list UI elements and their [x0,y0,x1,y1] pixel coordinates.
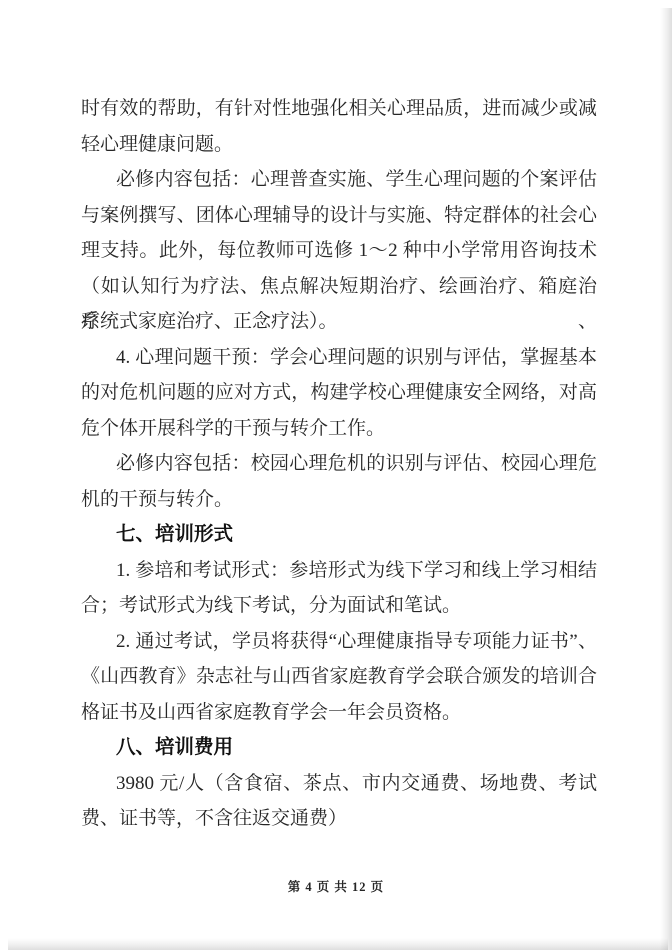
page-edge-shadow-right [660,8,672,950]
text-line: 的对危机问题的应对方式，构建学校心理健康安全网络，对高 [81,375,597,411]
page-edge-shadow-bottom [8,938,668,950]
text-line: 费、证书等，不含往返交通费） [81,801,597,837]
text-line: 3980 元/人（含食宿、茶点、市内交通费、场地费、考试 [81,766,597,802]
text-line: 时有效的帮助，有针对性地强化相关心理品质，进而减少或减 [81,91,597,127]
text-line: 必修内容包括：校园心理危机的识别与评估、校园心理危 [81,446,597,482]
text-line: 机的干预与转介。 [81,482,597,518]
text-line: 必修内容包括：心理普查实施、学生心理问题的个案评估 [81,162,597,198]
page-footer: 第 4 页 共 12 页 [0,877,672,895]
text-line: 轻心理健康问题。 [81,127,597,163]
text-line: 合；考试形式为线下考试，分为面试和笔试。 [81,588,597,624]
text-line: 4. 心理问题干预：学会心理问题的识别与评估，掌握基本 [81,340,597,376]
document-page: 时有效的帮助，有针对性地强化相关心理品质，进而减少或减 轻心理健康问题。 必修内… [0,0,672,950]
text-line: 与案例撰写、团体心理辅导的设计与实施、特定群体的社会心 [81,198,597,234]
text-line: 《山西教育》杂志社与山西省家庭教育学会联合颁发的培训合 [81,659,597,695]
text-line: 格证书及山西省家庭教育学会一年会员资格。 [81,695,597,731]
document-body: 时有效的帮助，有针对性地强化相关心理品质，进而减少或减 轻心理健康问题。 必修内… [81,91,597,837]
text-line: 2. 通过考试，学员将获得“心理健康指导专项能力证书”、 [81,624,597,660]
page-number-label: 第 4 页 共 12 页 [288,880,384,894]
section-heading: 八、培训费用 [81,730,597,766]
section-heading: 七、培训形式 [81,517,597,553]
text-line: 理支持。此外，每位教师可选修 1～2 种中小学常用咨询技术 [81,233,597,269]
text-line: 危个体开展科学的干预与转介工作。 [81,411,597,447]
text-line: （如认知行为疗法、焦点解决短期治疗、绘画治疗、箱庭治疗、 [81,269,597,305]
text-line: 1. 参培和考试形式：参培形式为线下学习和线上学习相结 [81,553,597,589]
